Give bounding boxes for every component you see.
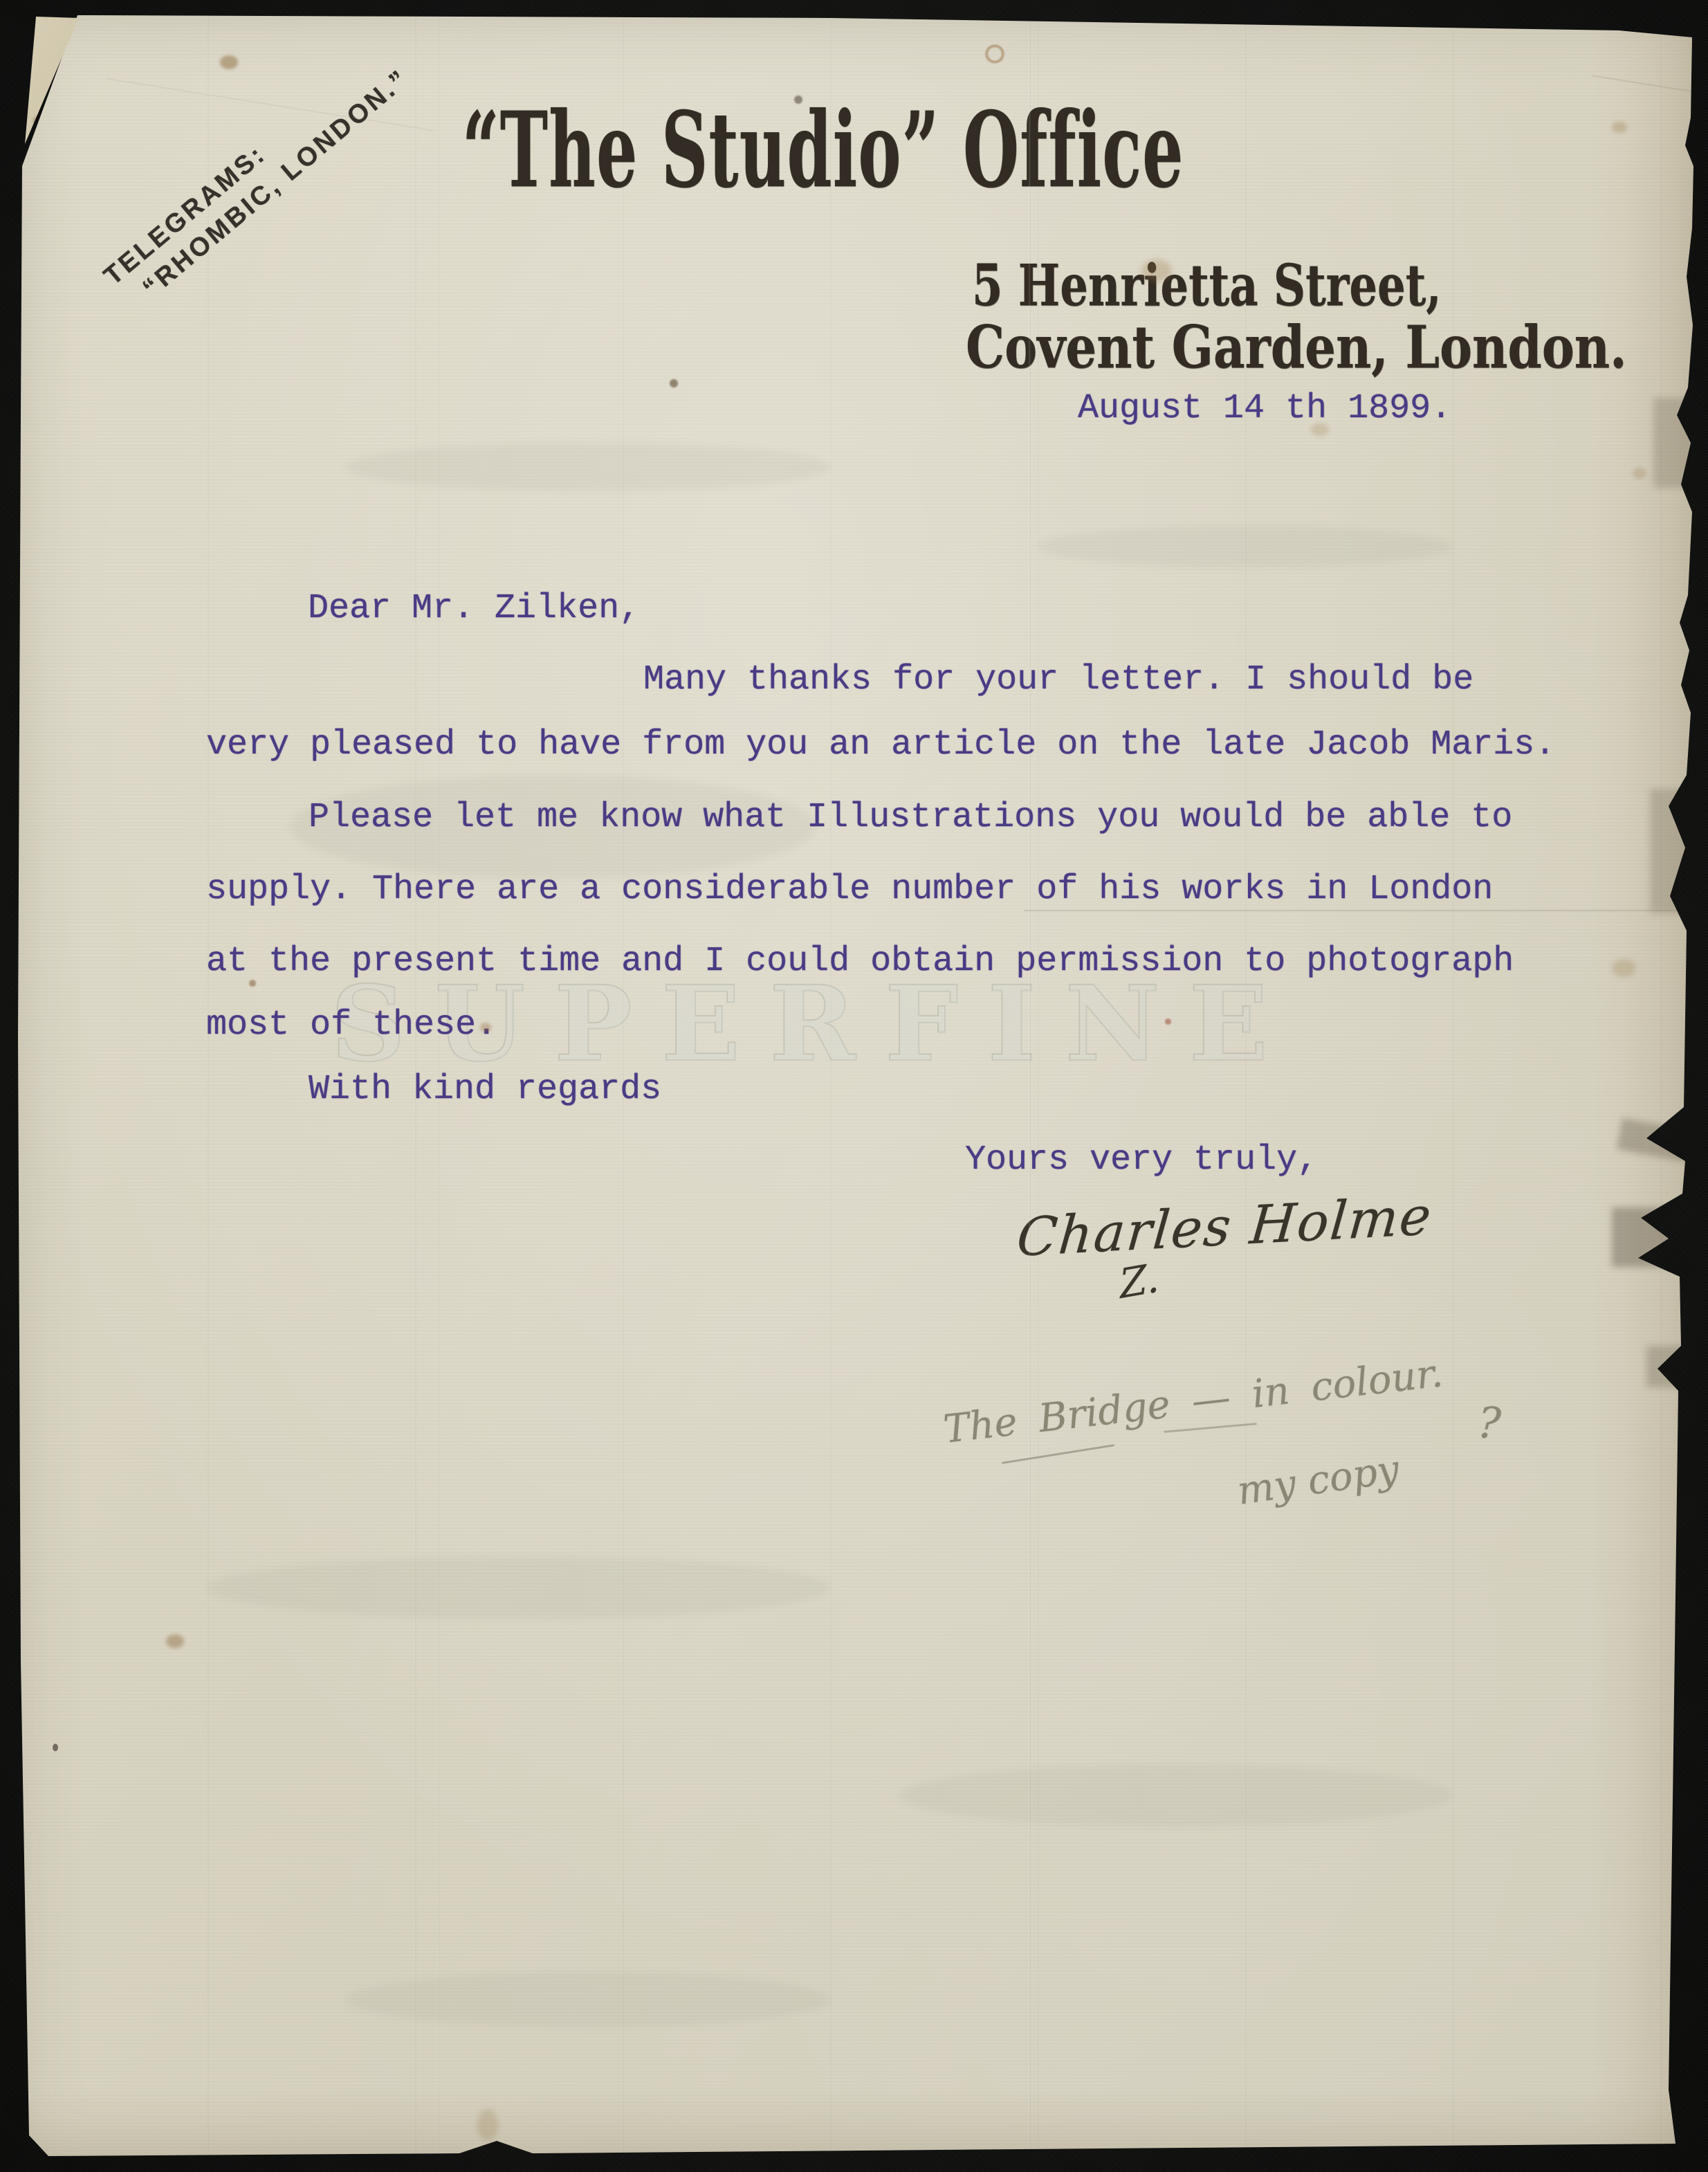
salutation: Dear Mr. Zilken, <box>308 592 640 626</box>
body-line: Please let me know what Illustrations yo… <box>309 801 1512 835</box>
tear-shadow <box>1617 1118 1697 1162</box>
body-line: very pleased to have from you an article… <box>206 728 1555 763</box>
fox-stain <box>477 2109 498 2141</box>
body-line: supply. There are a considerable number … <box>206 873 1493 907</box>
letter-date: August 14 th 1899. <box>1078 392 1451 426</box>
letterhead-address-line2: Covent Garden, London. <box>966 318 1627 376</box>
scanned-letter: SUPERFINE TELEGRAMS: “RHOMBIC, LONDON.” … <box>0 0 1708 2172</box>
letter-paper: SUPERFINE TELEGRAMS: “RHOMBIC, LONDON.” … <box>0 0 1708 2172</box>
body-line: Many thanks for your letter. I should be <box>643 663 1473 697</box>
pencil-underline <box>1002 1444 1114 1464</box>
fox-stain <box>1612 122 1627 133</box>
closing: Yours very truly, <box>965 1143 1318 1178</box>
fox-stain <box>1633 468 1646 479</box>
fox-stain <box>166 1634 184 1648</box>
fox-stain <box>1612 959 1635 977</box>
pencil-annotation-line2: my copy <box>1235 1450 1402 1511</box>
fox-stain <box>53 1744 58 1751</box>
fold-crease-horizontal <box>1024 910 1681 911</box>
tear-shadow <box>1612 1207 1695 1267</box>
pencil-annotation-line1: The Bridge — in colour. <box>942 1354 1444 1450</box>
tear-shadow <box>1646 1346 1695 1387</box>
fox-stain <box>220 55 238 69</box>
pencil-question-mark: ? <box>1476 1401 1502 1445</box>
telegrams-address: “RHOMBIC, LONDON.” <box>138 65 414 302</box>
body-line: at the present time and I could obtain p… <box>206 944 1514 979</box>
body-line: With kind regards <box>309 1073 661 1107</box>
fox-stain <box>984 44 1006 64</box>
letterhead-address-line1: 5 Henrietta Street, <box>972 257 1442 314</box>
fox-stain <box>670 379 678 387</box>
tear-shadow <box>1653 398 1695 488</box>
tear-shadow <box>1650 789 1691 913</box>
letterhead-title: “The Studio” Office <box>462 98 1184 202</box>
corner-crease <box>1592 75 1694 92</box>
edge-discoloration <box>0 2089 1708 2172</box>
signature-flourish: Z. <box>1118 1257 1160 1304</box>
signature: Charles Holme <box>1015 1189 1434 1264</box>
body-line: most of these. <box>206 1008 497 1043</box>
